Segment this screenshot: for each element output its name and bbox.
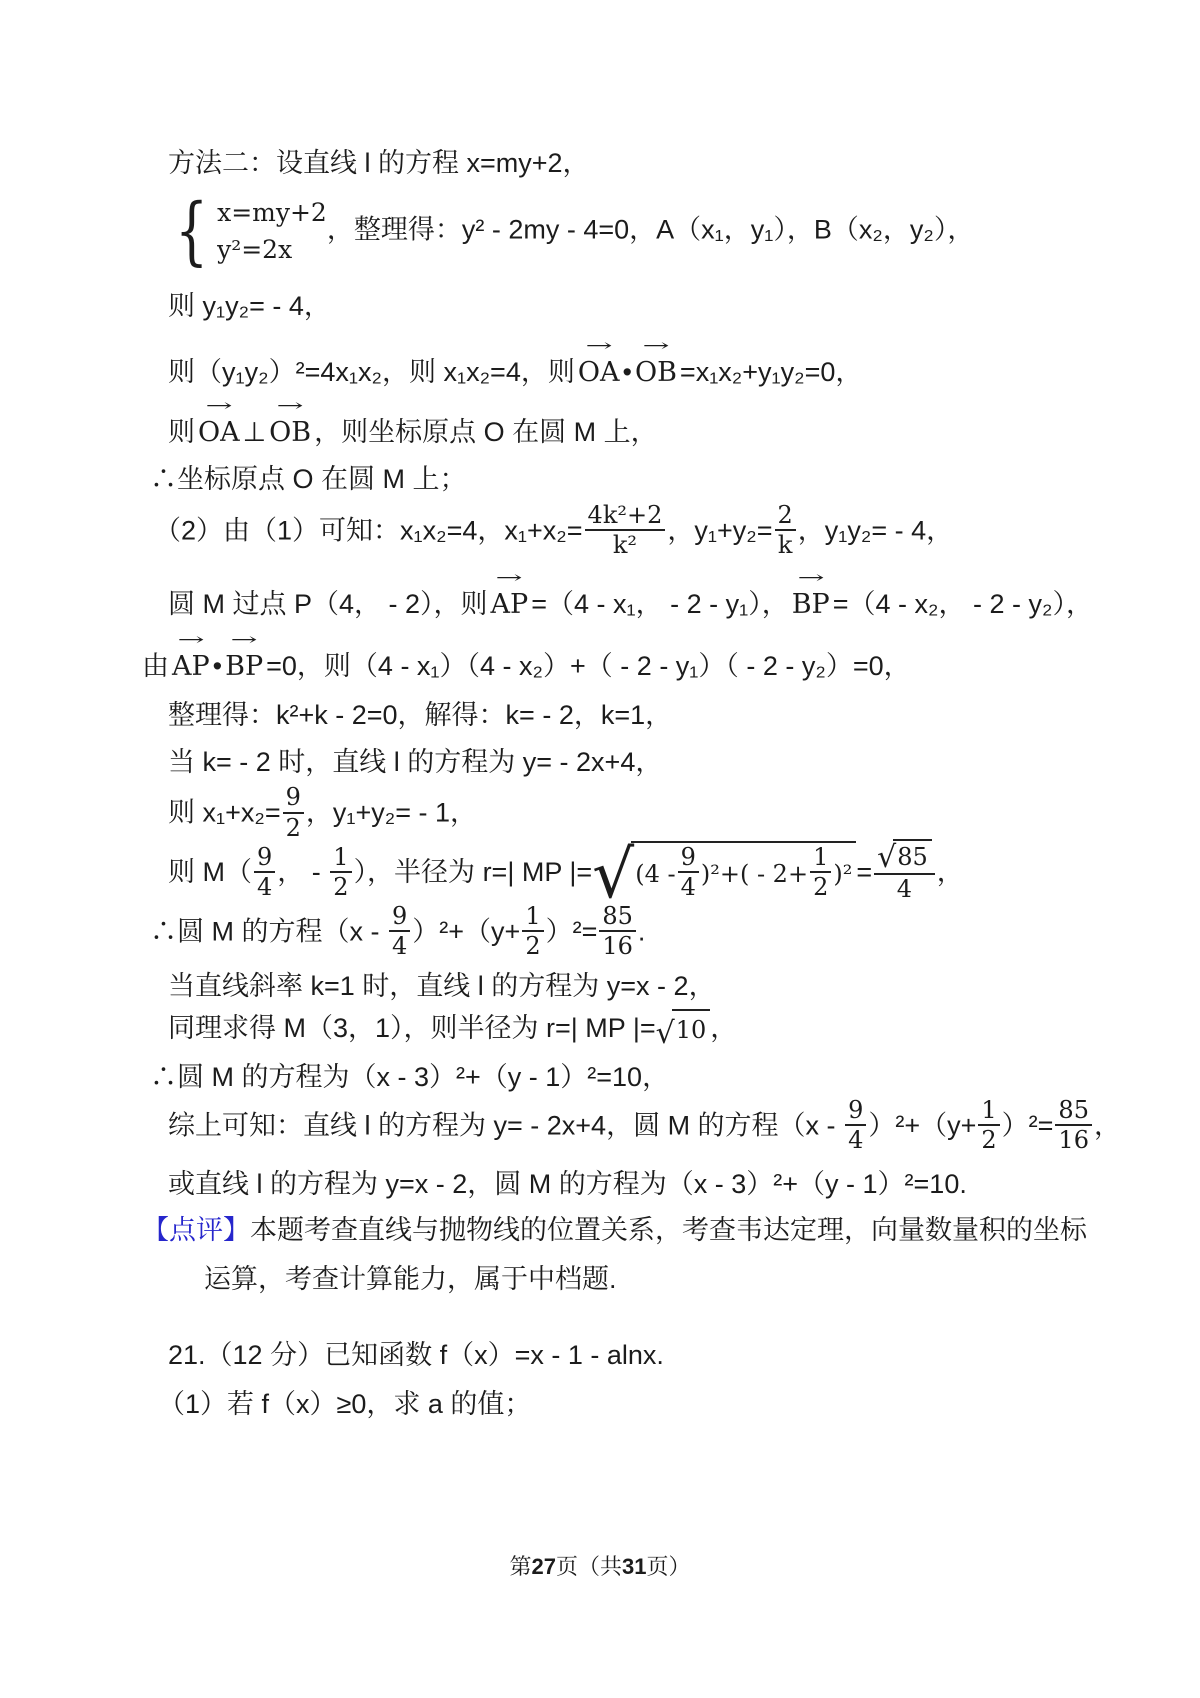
- fraction: 8516: [1055, 1097, 1092, 1154]
- line-point-p: 圆 M 过点 P（4， - 2），则→AP=（4 - x₁， - 2 - y₁）…: [168, 572, 1160, 623]
- dot-operator: •: [622, 357, 631, 387]
- fraction: 2k: [775, 502, 796, 559]
- line-k1: 当直线斜率 k=1 时，直线 l 的方程为 y=x - 2，: [168, 968, 1160, 1004]
- line-solve-k: 整理得：k²+k - 2=0，解得：k= - 2，k=1，: [168, 697, 1160, 733]
- vector-OA: →OA: [578, 355, 620, 391]
- line-ap-dot-bp: 由→AP•→BP=0，则（4 - x₁）（4 - x₂）+（ - 2 - y₁）…: [142, 634, 1160, 685]
- equation-system: { x=my+2 y²=2x: [168, 195, 327, 268]
- vector-OA: →OA: [198, 415, 240, 451]
- dot-operator: •: [213, 651, 222, 681]
- vector-arrow-icon: →: [642, 338, 669, 355]
- fraction: 92: [283, 784, 304, 841]
- line-part2-known: （2）由（1）可知：x₁x₂=4，x₁+x₂=4k²+2k²，y₁+y₂=2k，…: [154, 504, 1160, 561]
- radical: √(4 - 94)²+( - 2+12)²: [592, 841, 856, 903]
- vector-arrow-icon: →: [496, 570, 523, 587]
- problem-21-part1: （1）若 f（x）≥0，求 a 的值；: [158, 1386, 1160, 1422]
- line-center-radius: 则 M（94， - 12），半径为 r=| MP |=√(4 - 94)²+( …: [168, 843, 1160, 905]
- line-m31: 同理求得 M（3，1），则半径为 r=| MP |=√10，: [168, 1010, 1160, 1049]
- line-system-text: ，整理得：y² - 2my - 4=0，A（x₁，y₁），B（x₂，y₂），: [327, 215, 975, 245]
- fraction: 12: [810, 844, 831, 901]
- comment-text: 本题考查直线与抛物线的位置关系，考查韦达定理，向量数量积的坐标: [250, 1215, 1087, 1245]
- line-system: { x=my+2 y²=2x ，整理得：y² - 2my - 4=0，A（x₁，…: [168, 195, 1160, 268]
- line-circle-eq-1: ∴圆 M 的方程（x - 94）²+（y+12）²=8516.: [150, 905, 1160, 962]
- vector-BP: →BP: [792, 587, 830, 623]
- total-pages: 31: [622, 1554, 646, 1579]
- line-circle-eq-2: ∴圆 M 的方程为（x - 3）²+（y - 1）²=10，: [150, 1059, 1160, 1095]
- line-sum-x: 则 x₁+x₂=92，y₁+y₂= - 1，: [168, 786, 1160, 843]
- vector-arrow-icon: →: [231, 632, 258, 649]
- radical: √10: [656, 1009, 711, 1046]
- fraction: 94: [254, 844, 275, 901]
- fraction: 12: [978, 1097, 999, 1154]
- vector-arrow-icon: →: [277, 398, 304, 415]
- fraction: 12: [330, 844, 351, 901]
- page-number: 27: [532, 1554, 556, 1579]
- vector-arrow-icon: →: [797, 570, 824, 587]
- system-eq-2: y²=2x: [217, 232, 327, 268]
- comment-line-2: 运算，考查计算能力，属于中档题.: [204, 1261, 1160, 1297]
- sqrt-icon: √: [592, 847, 634, 903]
- line-oa-dot-ob: 则（y₁y₂）²=4x₁x₂，则 x₁x₂=4，则→OA•→OB=x₁x₂+y₁…: [168, 340, 1160, 391]
- line-origin-on-circle: ∴坐标原点 O 在圆 M 上；: [150, 461, 1160, 497]
- left-brace-icon: {: [175, 198, 208, 265]
- vector-AP: →AP: [491, 587, 529, 623]
- fraction: 94: [389, 903, 410, 960]
- vector-OB: →OB: [635, 355, 677, 391]
- fraction: 8516: [599, 903, 636, 960]
- vector-OB: →OB: [269, 415, 311, 451]
- radical: √85: [877, 839, 932, 870]
- fraction: 12: [522, 903, 543, 960]
- line-summary-1: 综上可知：直线 l 的方程为 y= - 2x+4，圆 M 的方程（x - 94）…: [168, 1099, 1160, 1156]
- line-summary-2: 或直线 l 的方程为 y=x - 2，圆 M 的方程为（x - 3）²+（y -…: [168, 1166, 1160, 1202]
- page-footer: 第27页（共31页）: [0, 1550, 1200, 1581]
- vector-AP: →AP: [172, 649, 210, 685]
- fraction: 4k²+2k²: [585, 502, 666, 559]
- fraction: 94: [845, 1097, 866, 1154]
- vector-BP: →BP: [225, 649, 263, 685]
- line-method2: 方法二：设直线 l 的方程 x=my+2，: [168, 145, 1160, 181]
- problem-21-title: 21.（12 分）已知函数 f（x）=x - 1 - alnx.: [168, 1337, 1160, 1373]
- document-page: 方法二：设直线 l 的方程 x=my+2， { x=my+2 y²=2x ，整理…: [0, 0, 1200, 1422]
- line-oa-perp-ob: 则→OA⊥→OB，则坐标原点 O 在圆 M 上，: [168, 400, 1160, 451]
- line-k-neg2: 当 k= - 2 时，直线 l 的方程为 y= - 2x+4，: [168, 744, 1160, 780]
- fraction: √854: [874, 841, 935, 903]
- system-eq-1: x=my+2: [217, 195, 327, 231]
- fraction: 94: [678, 844, 699, 901]
- vector-arrow-icon: →: [585, 338, 612, 355]
- vector-arrow-icon: →: [177, 632, 204, 649]
- perpendicular-symbol: ⊥: [243, 417, 267, 447]
- vector-arrow-icon: →: [205, 398, 232, 415]
- comment-tag: 【点评】: [142, 1215, 250, 1245]
- system-equations: x=my+2 y²=2x: [217, 195, 327, 268]
- line-y1y2: 则 y₁y₂= - 4，: [168, 288, 1160, 324]
- comment-line: 【点评】本题考查直线与抛物线的位置关系，考查韦达定理，向量数量积的坐标: [142, 1212, 1160, 1248]
